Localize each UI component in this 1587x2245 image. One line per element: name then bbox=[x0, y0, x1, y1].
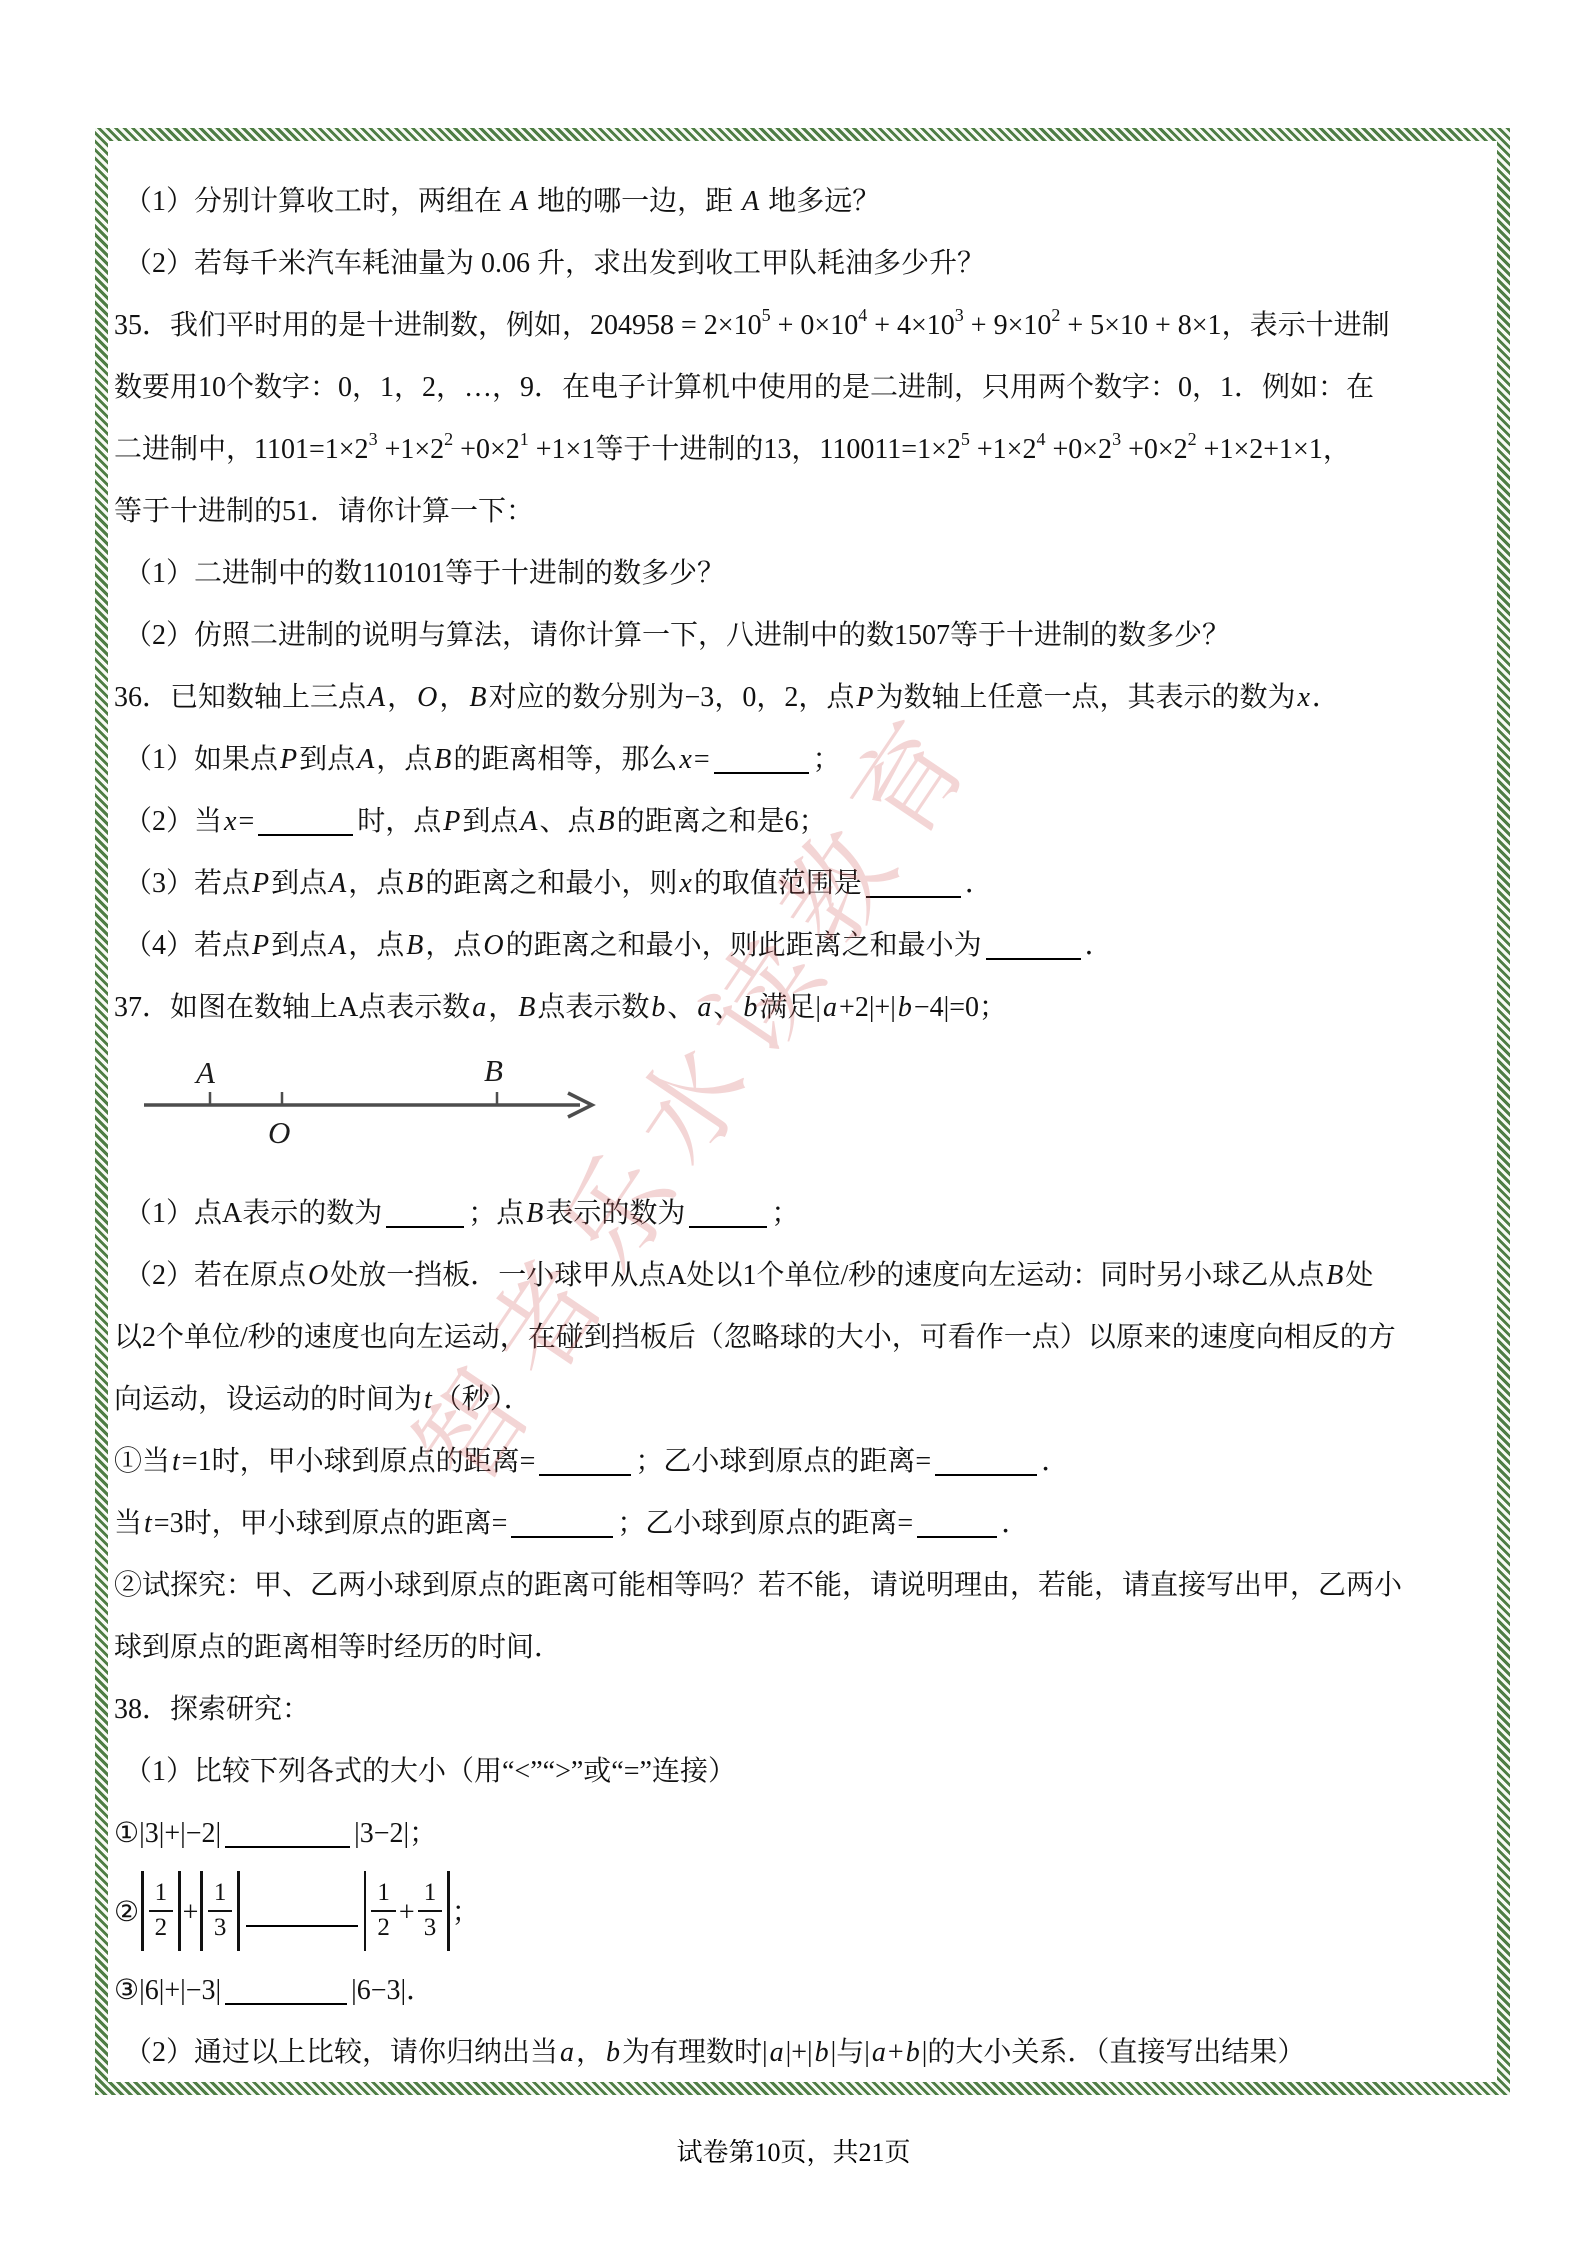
math-variable: b bbox=[904, 2037, 922, 2068]
text-segment: ，表示十进制 bbox=[1222, 310, 1390, 341]
fraction-numerator: 1 bbox=[149, 1879, 174, 1912]
text-segment: 、点 bbox=[540, 806, 596, 837]
text-segment: ，点 bbox=[425, 930, 481, 961]
text-line: 36．已知数轴上三点A，O，B对应的数分别为−3，0，2，点P为数轴上任意一点，… bbox=[114, 667, 1489, 729]
lines-bottom: （1）点A表示的数为；点B表示的数为；（2）若在原点O处放一挡板．一小球甲从点A… bbox=[114, 1183, 1489, 2082]
superscript: 3 bbox=[369, 429, 378, 449]
text-segment: 、 bbox=[713, 992, 741, 1023]
text-segment: ； bbox=[813, 744, 841, 775]
text-segment: +1×1 bbox=[529, 434, 596, 465]
math-variable: a bbox=[870, 2037, 888, 2068]
text-line: 球到原点的距离相等时经历的时间． bbox=[114, 1617, 1489, 1679]
text-line: （2）若每千米汽车耗油量为 0.06 升，求出发到收工甲队耗油多少升？ bbox=[114, 233, 1489, 295]
superscript: 4 bbox=[858, 305, 867, 325]
blank-underline bbox=[689, 1220, 767, 1228]
text-segment: 的距离之和最小，则 bbox=[425, 868, 677, 899]
math-variable: B bbox=[596, 806, 617, 837]
math-variable: B bbox=[516, 992, 537, 1023]
text-segment: 地的哪一边，距 bbox=[530, 186, 740, 217]
text-line: ①当t=1时，甲小球到原点的距离=；乙小球到原点的距离=． bbox=[114, 1431, 1489, 1493]
text-segment: 38．探索研究： bbox=[114, 1694, 310, 1725]
text-segment: +2|+| bbox=[839, 992, 896, 1023]
text-segment: 球到原点的距离相等时经历的时间． bbox=[114, 1632, 562, 1663]
text-segment: 到点 bbox=[462, 806, 518, 837]
text-segment: 地多远？ bbox=[761, 186, 880, 217]
text-segment: +0×2 bbox=[1045, 434, 1112, 465]
text-segment: ； bbox=[771, 1198, 799, 1229]
text-segment: |+| bbox=[786, 2037, 813, 2068]
page-footer: 试卷第10页，共21页 bbox=[0, 2132, 1587, 2169]
text-line: （2）通过以上比较，请你归纳出当a，b为有理数时|a|+|b|与|a+b|的大小… bbox=[114, 2022, 1489, 2082]
blank-underline bbox=[714, 766, 809, 774]
text-segment: 表示的数为 bbox=[545, 1198, 685, 1229]
abs-bar bbox=[178, 1871, 181, 1951]
math-variable: P bbox=[278, 744, 299, 775]
fraction-numerator: 1 bbox=[208, 1879, 233, 1912]
text-line: 等于十进制的51．请你计算一下： bbox=[114, 481, 1489, 543]
math-variable: x bbox=[1295, 682, 1311, 713]
text-segment: （秒）． bbox=[434, 1384, 532, 1415]
text-segment: 数要用10个数字：0，1，2，…，9．在电子计算机中使用的是二进制，只用两个数字… bbox=[114, 372, 1374, 403]
text-line: 二进制中，1101=1×23 +1×22 +0×21 +1×1等于十进制的13，… bbox=[114, 419, 1489, 481]
text-segment: ， bbox=[576, 2037, 604, 2068]
text-segment: 时，甲小球到原点的距离= bbox=[212, 1446, 536, 1477]
text-segment: ， bbox=[756, 682, 784, 713]
math-variable: b bbox=[813, 2037, 831, 2068]
text-segment: ；乙小球到原点的距离= bbox=[617, 1508, 913, 1539]
text-segment: ， bbox=[488, 992, 516, 1023]
text-segment: 0.06 bbox=[481, 248, 530, 279]
fraction-denominator: 2 bbox=[155, 1912, 168, 1943]
text-segment: 到点 bbox=[271, 930, 327, 961]
text-segment: ，点 bbox=[348, 930, 404, 961]
text-segment: 到点 bbox=[271, 868, 327, 899]
text-line: （1）比较下列各式的大小（用“<”“>”或“=”连接） bbox=[114, 1741, 1489, 1803]
text-segment: 对应的数分别为 bbox=[489, 682, 685, 713]
text-segment: +1×2+1×1 bbox=[1197, 434, 1323, 465]
math-variable: a bbox=[821, 992, 839, 1023]
abs-bar bbox=[200, 1871, 203, 1951]
math-variable: B bbox=[524, 1198, 545, 1229]
text-segment: = bbox=[694, 744, 710, 775]
math-variable: P bbox=[441, 806, 462, 837]
fraction-denominator: 3 bbox=[214, 1912, 227, 1943]
text-segment: 与 bbox=[836, 2037, 864, 2068]
text-segment: （1）二进制中的数110101等于十进制的数多少？ bbox=[124, 558, 725, 589]
math-variable: P bbox=[854, 682, 875, 713]
text-segment: ， bbox=[1323, 434, 1351, 465]
math-variable: B bbox=[467, 682, 488, 713]
text-segment: +1×2 bbox=[970, 434, 1037, 465]
text-segment: 1101=1×2 bbox=[254, 434, 369, 465]
math-variable: x bbox=[677, 744, 693, 775]
text-segment: 110011=1×2 bbox=[819, 434, 961, 465]
text-segment: （1）比较下列各式的大小（用“<”“>”或“=”连接） bbox=[124, 1756, 736, 1787]
text-segment: 36．已知数轴上三点 bbox=[114, 682, 366, 713]
text-segment: 处 bbox=[1345, 1260, 1373, 1291]
text-segment: ；点 bbox=[468, 1198, 524, 1229]
abs-bar bbox=[237, 1871, 240, 1951]
text-segment: ，点 bbox=[376, 744, 432, 775]
text-segment: 二进制中， bbox=[114, 434, 254, 465]
math-variable: a bbox=[768, 2037, 786, 2068]
abs-bar bbox=[141, 1871, 144, 1951]
superscript: 3 bbox=[1112, 429, 1121, 449]
text-segment: ， bbox=[439, 682, 467, 713]
fraction: 12 bbox=[371, 1879, 396, 1943]
text-segment: 为数轴上任意一点，其表示的数为 bbox=[875, 682, 1295, 713]
text-line: 35．我们平时用的是十进制数，例如，204958 = 2×105 + 0×104… bbox=[114, 295, 1489, 357]
math-variable: t bbox=[170, 1446, 182, 1477]
math-variable: B bbox=[404, 930, 425, 961]
superscript: 5 bbox=[961, 429, 970, 449]
text-segment: ； bbox=[452, 1897, 480, 1928]
text-line: ②试探究：甲、乙两小球到原点的距离可能相等吗？若不能，请说明理由，若能，请直接写… bbox=[114, 1555, 1489, 1617]
text-line: （4）若点P到点A，点B，点O的距离之和最小，则此距离之和最小为． bbox=[114, 915, 1489, 977]
text-line: （3）若点P到点A，点B的距离之和最小，则x的取值范围是． bbox=[114, 853, 1489, 915]
text-segment: = bbox=[238, 806, 254, 837]
math-variable: x bbox=[222, 806, 238, 837]
abs-bar bbox=[364, 1871, 367, 1951]
text-segment: 的大小关系．（直接写出结果） bbox=[927, 2037, 1305, 2068]
point-label-a: A bbox=[194, 1055, 216, 1090]
text-line: （1）如果点P到点A，点B的距离相等，那么x=； bbox=[114, 729, 1489, 791]
math-variable: O bbox=[415, 682, 439, 713]
text-line: 数要用10个数字：0，1，2，…，9．在电子计算机中使用的是二进制，只用两个数字… bbox=[114, 357, 1489, 419]
text-segment: ． bbox=[1041, 1446, 1069, 1477]
lines-top: （1）分别计算收工时，两组在 A 地的哪一边，距 A 地多远？（2）若每千米汽车… bbox=[114, 171, 1489, 1039]
abs-bar bbox=[447, 1871, 450, 1951]
text-line: ③|6|+|−3||6−3|． bbox=[114, 1960, 1489, 2022]
text-line: （2）仿照二进制的说明与算法，请你计算一下，八进制中的数1507等于十进制的数多… bbox=[114, 605, 1489, 667]
text-segment: 、 bbox=[667, 992, 695, 1023]
text-segment: 的取值范围是 bbox=[694, 868, 862, 899]
math-variable: B bbox=[1324, 1260, 1345, 1291]
text-segment: （2）当 bbox=[124, 806, 222, 837]
blank-underline bbox=[258, 828, 353, 836]
point-label-b: B bbox=[484, 1053, 503, 1088]
text-segment: + bbox=[183, 1897, 199, 1928]
math-variable: P bbox=[250, 868, 271, 899]
math-variable: a bbox=[695, 992, 713, 1023]
text-segment: ，点 bbox=[798, 682, 854, 713]
text-segment: （1）如果点 bbox=[124, 744, 278, 775]
text-segment: （3）若点 bbox=[124, 868, 250, 899]
math-variable: a bbox=[470, 992, 488, 1023]
text-line: 37．如图在数轴上A点表示数a，B点表示数b、a、b满足|a+2|+|b−4|=… bbox=[114, 977, 1489, 1039]
math-variable: P bbox=[250, 930, 271, 961]
exam-frame: （1）分别计算收工时，两组在 A 地的哪一边，距 A 地多远？（2）若每千米汽车… bbox=[95, 128, 1510, 2095]
text-segment: 2 bbox=[784, 682, 798, 713]
fraction: 13 bbox=[418, 1879, 443, 1943]
superscript: 2 bbox=[1051, 305, 1060, 325]
math-variable: A bbox=[740, 186, 761, 217]
text-segment: （2）若在原点 bbox=[124, 1260, 306, 1291]
text-segment: 204958 = 2×10 bbox=[590, 310, 762, 341]
text-segment: | bbox=[762, 2037, 768, 2068]
math-variable: B bbox=[404, 868, 425, 899]
text-segment: 等于十进制的51．请你计算一下： bbox=[114, 496, 534, 527]
text-line: （2）当x=时，点P到点A、点B的距离之和是6； bbox=[114, 791, 1489, 853]
text-segment: 的距离相等，那么 bbox=[453, 744, 677, 775]
math-variable: b bbox=[896, 992, 914, 1023]
fraction-numerator: 1 bbox=[371, 1879, 396, 1912]
text-segment: ． bbox=[965, 868, 993, 899]
text-segment: ② bbox=[114, 1897, 139, 1928]
text-segment: （1）分别计算收工时，两组在 bbox=[124, 186, 509, 217]
superscript: 5 bbox=[762, 305, 771, 325]
blank-underline bbox=[225, 1840, 350, 1848]
fraction: 13 bbox=[208, 1879, 233, 1943]
text-segment: +0×2 bbox=[453, 434, 520, 465]
math-variable: a bbox=[558, 2037, 576, 2068]
text-segment: + bbox=[888, 2037, 904, 2068]
text-segment: ①当 bbox=[114, 1446, 170, 1477]
math-variable: B bbox=[432, 744, 453, 775]
text-segment: + 5×10 + 8×1 bbox=[1060, 310, 1221, 341]
text-segment: =3 bbox=[154, 1508, 184, 1539]
text-segment: 以2个单位/秒的速度也向左运动，在碰到挡板后（忽略球的大小，可看作一点）以原来的… bbox=[114, 1322, 1396, 1353]
text-segment: ； bbox=[409, 1818, 437, 1849]
math-variable: x bbox=[677, 868, 693, 899]
text-segment: ；乙小球到原点的距离= bbox=[635, 1446, 931, 1477]
blank-underline bbox=[539, 1468, 631, 1476]
math-variable: b bbox=[649, 992, 667, 1023]
text-line: （2）若在原点O处放一挡板．一小球甲从点A处以1个单位/秒的速度向左运动：同时另… bbox=[114, 1245, 1489, 1307]
math-variable: A bbox=[327, 868, 348, 899]
text-segment: ②试探究：甲、乙两小球到原点的距离可能相等吗？若不能，请说明理由，若能，请直接写… bbox=[114, 1570, 1402, 1601]
text-line: 向运动，设运动的时间为t（秒）． bbox=[114, 1369, 1489, 1431]
text-segment: ． bbox=[1312, 682, 1340, 713]
text-segment: ，点 bbox=[348, 868, 404, 899]
text-segment: ． bbox=[1085, 930, 1113, 961]
text-segment: 处放一挡板．一小球甲从点A处以1个单位/秒的速度向左运动：同时另小球乙从点 bbox=[330, 1260, 1324, 1291]
text-segment: |3|+|−2| bbox=[139, 1818, 221, 1849]
math-variable: b bbox=[604, 2037, 622, 2068]
text-segment: 时，甲小球到原点的距离= bbox=[184, 1508, 508, 1539]
math-variable: O bbox=[306, 1260, 330, 1291]
text-segment: + bbox=[399, 1897, 415, 1928]
text-segment: |3−2| bbox=[354, 1818, 409, 1849]
math-variable: A bbox=[355, 744, 376, 775]
text-line: ①|3|+|−2||3−2|； bbox=[114, 1803, 1489, 1865]
text-segment: ① bbox=[114, 1818, 139, 1849]
text-segment: + 4×10 bbox=[867, 310, 955, 341]
text-line: 当t=3时，甲小球到原点的距离=；乙小球到原点的距离=． bbox=[114, 1493, 1489, 1555]
point-label-o: O bbox=[268, 1115, 290, 1150]
text-segment: +0×2 bbox=[1121, 434, 1188, 465]
blank-underline bbox=[511, 1530, 613, 1538]
superscript: 3 bbox=[955, 305, 964, 325]
text-segment: 35．我们平时用的是十进制数，例如， bbox=[114, 310, 590, 341]
blank-underline bbox=[935, 1468, 1037, 1476]
text-segment: =1 bbox=[182, 1446, 212, 1477]
math-variable: t bbox=[142, 1508, 154, 1539]
text-segment: ． bbox=[1001, 1508, 1029, 1539]
document-body: （1）分别计算收工时，两组在 A 地的哪一边，距 A 地多远？（2）若每千米汽车… bbox=[108, 141, 1497, 2082]
superscript: 4 bbox=[1036, 429, 1045, 449]
text-line: 以2个单位/秒的速度也向左运动，在碰到挡板后（忽略球的大小，可看作一点）以原来的… bbox=[114, 1307, 1489, 1369]
text-segment: 满足 bbox=[759, 992, 815, 1023]
blank-underline bbox=[866, 890, 961, 898]
math-variable: A bbox=[509, 186, 530, 217]
text-segment: −3 bbox=[685, 682, 715, 713]
blank-underline bbox=[225, 1997, 347, 2005]
text-segment: （2）仿照二进制的说明与算法，请你计算一下，八进制中的数1507等于十进制的数多… bbox=[124, 620, 1230, 651]
text-line: （1）二进制中的数110101等于十进制的数多少？ bbox=[114, 543, 1489, 605]
text-line: ②12+1312+13； bbox=[114, 1865, 1489, 1960]
blank-underline bbox=[917, 1530, 997, 1538]
fraction-denominator: 2 bbox=[377, 1912, 390, 1943]
text-segment: |6−3| bbox=[351, 1975, 406, 2006]
fraction-denominator: 3 bbox=[424, 1912, 437, 1943]
text-line: （1）分别计算收工时，两组在 A 地的哪一边，距 A 地多远？ bbox=[114, 171, 1489, 233]
math-variable: A bbox=[518, 806, 539, 837]
text-segment: （4）若点 bbox=[124, 930, 250, 961]
text-segment: ， bbox=[387, 682, 415, 713]
text-segment: 到点 bbox=[299, 744, 355, 775]
text-segment: 当 bbox=[114, 1508, 142, 1539]
text-segment: 为有理数时 bbox=[622, 2037, 762, 2068]
text-segment: 的距离之和是6； bbox=[617, 806, 827, 837]
number-line-svg: A O B bbox=[132, 1043, 612, 1171]
fraction-numerator: 1 bbox=[418, 1879, 443, 1912]
text-segment: + 0×10 bbox=[771, 310, 859, 341]
text-segment: 等于十进制的13， bbox=[595, 434, 819, 465]
math-variable: b bbox=[741, 992, 759, 1023]
text-segment: 升，求出发到收工甲队耗油多少升？ bbox=[530, 248, 985, 279]
superscript: 2 bbox=[444, 429, 453, 449]
text-segment: + 9×10 bbox=[964, 310, 1052, 341]
text-segment: ③ bbox=[114, 1975, 139, 2006]
text-segment: 37．如图在数轴上A点表示数 bbox=[114, 992, 470, 1023]
text-segment: 点表示数 bbox=[537, 992, 649, 1023]
text-segment: |6|+|−3| bbox=[139, 1975, 221, 2006]
math-variable: O bbox=[481, 930, 505, 961]
text-line: （1）点A表示的数为；点B表示的数为； bbox=[114, 1183, 1489, 1245]
math-variable: A bbox=[366, 682, 387, 713]
text-segment: 0 bbox=[742, 682, 756, 713]
text-segment: ， bbox=[714, 682, 742, 713]
blank-underline bbox=[986, 952, 1081, 960]
number-line-figure: A O B bbox=[114, 1039, 1489, 1183]
text-segment: 的距离之和最小，则此距离之和最小为 bbox=[506, 930, 982, 961]
math-variable: t bbox=[422, 1384, 434, 1415]
blank-underline bbox=[246, 1919, 358, 1927]
math-variable: A bbox=[327, 930, 348, 961]
fraction: 12 bbox=[149, 1879, 174, 1943]
text-segment: （2）通过以上比较，请你归纳出当 bbox=[124, 2037, 558, 2068]
text-segment: （1）点A表示的数为 bbox=[124, 1198, 382, 1229]
blank-underline bbox=[386, 1220, 464, 1228]
superscript: 1 bbox=[520, 429, 529, 449]
text-segment: +1×2 bbox=[378, 434, 445, 465]
text-segment: 时，点 bbox=[357, 806, 441, 837]
text-segment: 向运动，设运动的时间为 bbox=[114, 1384, 422, 1415]
text-segment: （2）若每千米汽车耗油量为 bbox=[124, 248, 481, 279]
text-segment: ． bbox=[406, 1975, 434, 2006]
text-segment: −4|=0 bbox=[914, 992, 979, 1023]
text-line: 38．探索研究： bbox=[114, 1679, 1489, 1741]
text-segment: ； bbox=[979, 992, 1007, 1023]
superscript: 2 bbox=[1188, 429, 1197, 449]
